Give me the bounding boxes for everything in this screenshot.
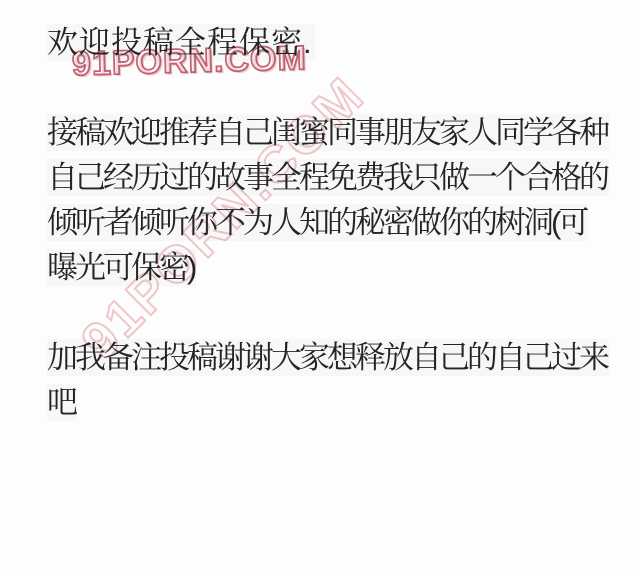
paragraph-intro: 欢迎投稿全程保密. bbox=[47, 20, 607, 65]
text-line: 自己经历过的故事全程免费我只做一个合格的 bbox=[47, 155, 607, 200]
text-line: 曝光可保密) bbox=[47, 245, 607, 290]
paragraph-closing: 加我备注投稿谢谢大家想释放自己的自己过来吧 bbox=[47, 335, 607, 425]
text-block: 欢迎投稿全程保密.接稿欢迎推荐自己闺蜜同事朋友家人同学各种自己经历过的故事全程免… bbox=[47, 20, 607, 425]
text-line: 倾听者倾听你不为人知的秘密做你的树洞(可 bbox=[47, 200, 607, 245]
text-line: 吧 bbox=[47, 380, 607, 425]
screenshot-root: 91PORN.COM 91PORN.COM 欢迎投稿全程保密.接稿欢迎推荐自己闺… bbox=[0, 0, 640, 576]
paragraph-body: 接稿欢迎推荐自己闺蜜同事朋友家人同学各种自己经历过的故事全程免费我只做一个合格的… bbox=[47, 110, 607, 290]
text-line: 接稿欢迎推荐自己闺蜜同事朋友家人同学各种 bbox=[47, 110, 607, 155]
text-line: 欢迎投稿全程保密. bbox=[47, 20, 607, 65]
text-line: 加我备注投稿谢谢大家想释放自己的自己过来 bbox=[47, 335, 607, 380]
